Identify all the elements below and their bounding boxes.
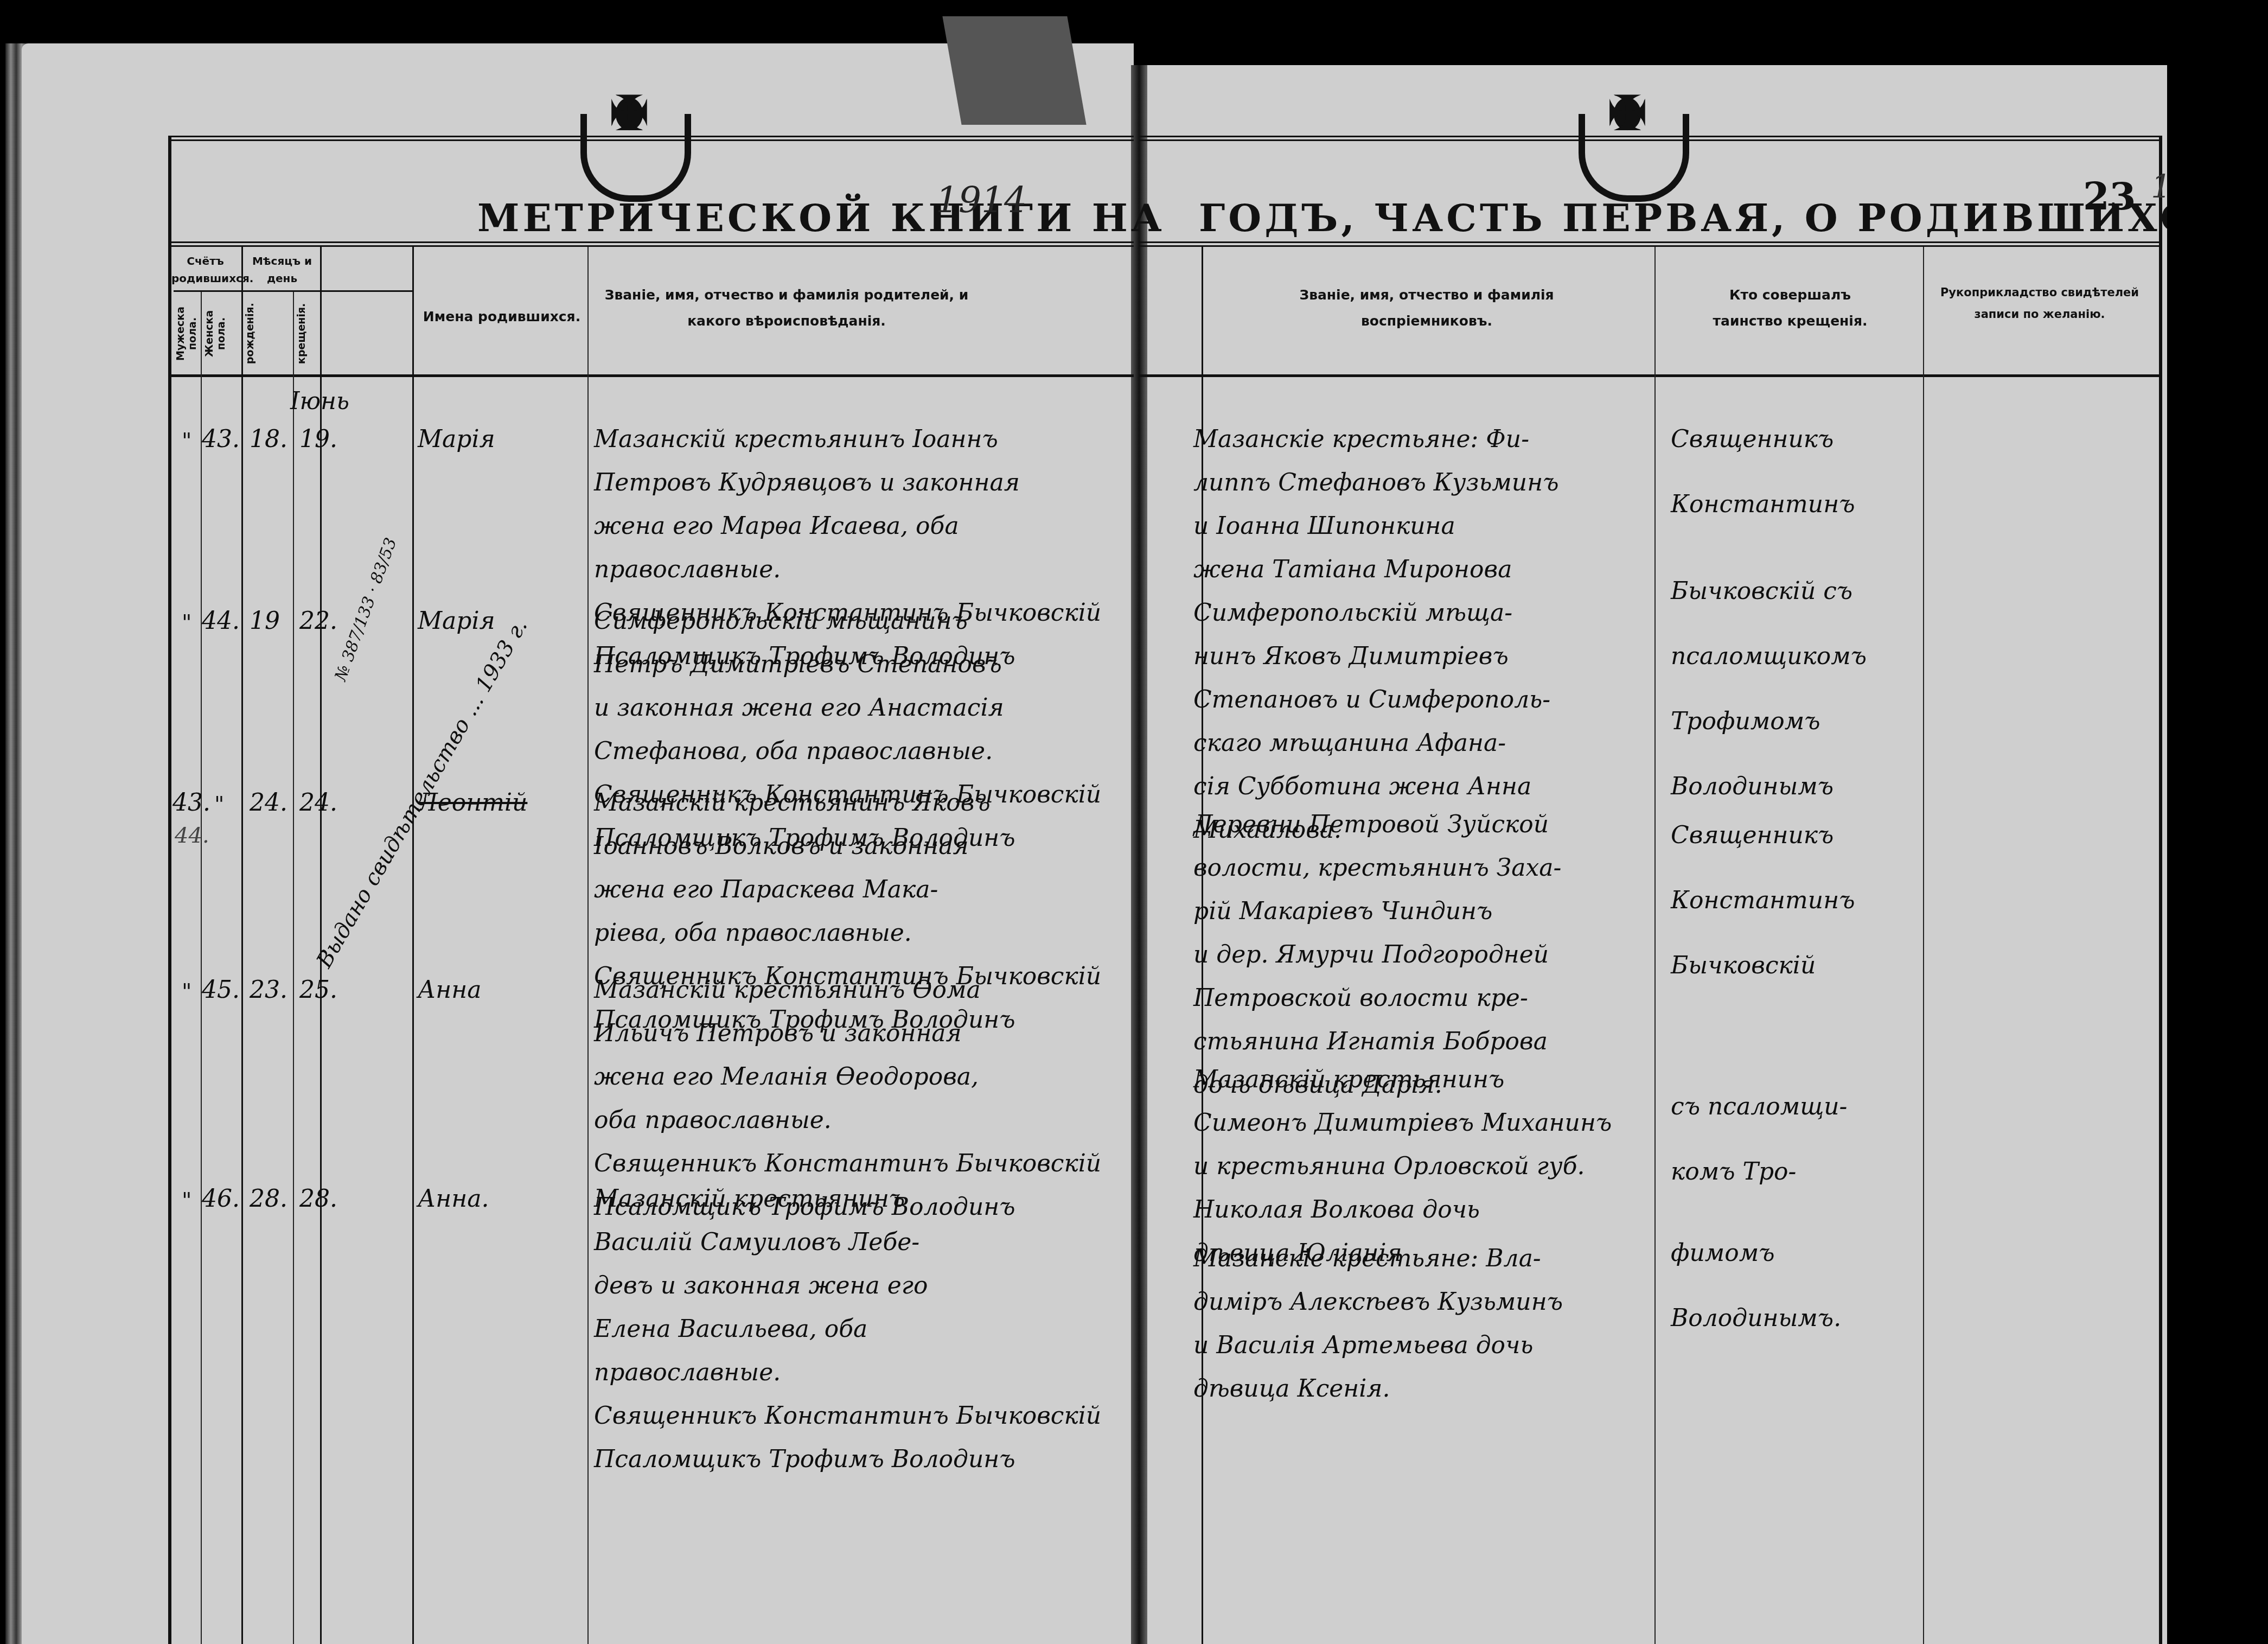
header-godparents: Званіе, имя, отчество и фамилія воспріем… [1215, 282, 1638, 334]
col-divider [412, 247, 414, 1644]
baptism-day: 22. [299, 600, 337, 643]
count-male: " [182, 610, 191, 635]
officiant-line: псаломщикомъ [1671, 635, 1867, 678]
officiant-line: Священникъ [1671, 418, 1855, 461]
parents-line: православные. [594, 1351, 1101, 1394]
bookmark-tab [942, 16, 1086, 125]
count-female: 44. [202, 600, 240, 643]
imperial-eagle-crest-icon: ✠ [575, 81, 683, 201]
baptism-day: 24. [299, 781, 337, 825]
header-witnesses: Рукоприкладство свидѣтелей записи по жел… [1926, 282, 2154, 326]
header-date-baptism: крещенія. [296, 296, 318, 372]
godparents-line: волости, крестьянинъ Заха- [1193, 846, 1561, 890]
officiant-line: Константинъ [1671, 483, 1855, 526]
col-divider [241, 247, 243, 1644]
godparents-line: димiръ Алексѣевъ Кузьминъ [1193, 1280, 1563, 1324]
birth-day: 24. [250, 781, 288, 825]
count-male: " [182, 429, 191, 454]
officiant-line: съ псаломщи- [1671, 1085, 1847, 1129]
parents-line: ріева, оба православные. [594, 912, 1101, 955]
officiant-text: съ псаломщи- комъ Тро- [1671, 1085, 1847, 1194]
parents-line: Мазанскій крестьянинъ [594, 1177, 1101, 1221]
col-divider [587, 247, 589, 1644]
officiant-line: фимомъ [1671, 1232, 1841, 1275]
godparents-line: и крестьянина Орловской губ. [1193, 1145, 1612, 1188]
parents-line: Петровъ Кудрявцовъ и законная [594, 461, 1101, 505]
page-number: 23 [2083, 174, 2136, 219]
child-name: Анна. [418, 1177, 489, 1221]
child-name: Марія [418, 600, 495, 643]
godparents-line: жена Татіана Миронова [1193, 548, 1559, 591]
officiant-line: Бычковскій [1671, 944, 1855, 987]
godparents-text: Мазанскіе крестьяне: Вла- димiръ Алексѣе… [1193, 1237, 1563, 1411]
parents-line: Петръ Димитріевъ Степановъ [594, 643, 1101, 686]
officiant-text: фимомъ Володинымъ. [1671, 1232, 1841, 1340]
godparents-line: Симферопольскій мѣща- [1193, 591, 1550, 635]
parents-line: Псаломщикъ Трофимъ Володинъ [594, 1438, 1101, 1481]
parents-line: Священникъ Константинъ Бычковскій [594, 1394, 1101, 1438]
header-rule-right [1139, 241, 2159, 247]
parents-line: Мазанскій крестьянинъ Іоаннъ [594, 418, 1101, 461]
parents-line: жена его Параскева Мака- [594, 868, 1101, 912]
parents-line: Симферопольскій мѣщанинъ [594, 600, 1101, 643]
parents-line: Елена Васильева, оба [594, 1308, 1101, 1351]
parents-line: и законная жена его Анастасія [594, 686, 1101, 730]
parents-line: жена его Меланія Ѳеодорова, [594, 1055, 1101, 1099]
count-male: " [182, 979, 191, 1004]
count-female: 46. [202, 1177, 240, 1221]
godparents-line: рій Макаріевъ Чиндинъ [1193, 890, 1561, 933]
col-divider [1654, 247, 1656, 1644]
left-page-title: МЕТРИЧЕСКОЙ КНИГИ НА [477, 195, 1165, 240]
parents-line: Іоанновъ Волковъ и законная [594, 825, 1101, 868]
col-divider [201, 290, 202, 1644]
count-female: " [214, 792, 224, 817]
header-rule-left [168, 241, 1134, 247]
godparents-line: Мазанскіе крестьяне: Фи- [1193, 418, 1559, 461]
header-count-male: Мужеска пола. [175, 296, 199, 372]
year-handwritten: 1914 [936, 179, 1027, 221]
parents-line: Стефанова, оба православные. [594, 730, 1101, 773]
parents-line: оба православные. [594, 1099, 1101, 1142]
officiant-text: Священникъ Константинъ Бычковскій [1671, 814, 1855, 987]
column-header-rule-left [168, 374, 1134, 377]
parents-line: Мазанскій крестьянинъ Яковъ [594, 781, 1101, 825]
header-names: Имена родившихся. [415, 304, 589, 330]
header-count-group: Счётъ родившихся. [171, 252, 239, 287]
officiant-line: Константинъ [1671, 879, 1855, 922]
godparents-line: дѣвица Ксенія. [1193, 1367, 1563, 1411]
birth-day: 19 [250, 600, 280, 643]
month-label: Іюнь [290, 380, 349, 423]
parents-line: Ильичъ Петровъ и законная [594, 1012, 1101, 1055]
godparents-line: скаго мѣщанина Афана- [1193, 722, 1550, 765]
col-divider [293, 290, 294, 1644]
col-divider [1923, 247, 1924, 1644]
count-female: 45. [202, 968, 240, 1012]
birth-day: 18. [250, 418, 288, 461]
birth-day: 28. [250, 1177, 288, 1221]
godparents-line: Симеонъ Димитріевъ Миханинъ [1193, 1101, 1612, 1145]
baptism-day: 28. [299, 1177, 337, 1221]
godparents-line: Николая Волкова дочь [1193, 1188, 1612, 1232]
child-name: Анна [418, 968, 482, 1012]
imperial-eagle-crest-icon: ✠ [1573, 81, 1682, 201]
header-month-group: Мѣсяцъ и день [244, 252, 320, 287]
godparents-line: Петровской волости кре- [1193, 977, 1561, 1020]
godparents-line: сія Субботина жена Анна [1193, 765, 1550, 808]
officiant-text: Бычковскій съ псаломщикомъ Трофимомъ Вол… [1671, 570, 1867, 808]
officiant-line: Трофимомъ [1671, 700, 1867, 743]
godparents-line: стьянина Игнатія Боброва [1193, 1020, 1561, 1063]
header-date-birth: рожденія. [244, 296, 290, 372]
officiant-line: Бычковскій съ [1671, 570, 1867, 613]
godparents-line: липпъ Стефановъ Кузьминъ [1193, 461, 1559, 505]
officiant-text: Священникъ Константинъ [1671, 418, 1855, 526]
baptism-day: 25. [299, 968, 337, 1012]
godparents-line: и Василія Артемьева дочь [1193, 1324, 1563, 1367]
parents-line: Мазанскій крестьянинъ Ѳома [594, 968, 1101, 1012]
officiant-line: Священникъ [1671, 814, 1855, 857]
officiant-line: комъ Тро- [1671, 1150, 1847, 1194]
scan-border [2167, 0, 2268, 1644]
child-name: Марія [418, 418, 495, 461]
count-male-pencil: 44. [175, 814, 209, 857]
count-female: 43. [202, 418, 240, 461]
header-officiant: Кто совершалъ таинство крещенія. [1660, 282, 1920, 334]
subheader-rule [174, 290, 412, 292]
officiant-line: Володинымъ [1671, 765, 1867, 808]
baptism-day: 19. [299, 418, 337, 461]
header-count-female: Женска пола. [203, 296, 239, 372]
parents-line: православные. [594, 548, 1101, 591]
count-male: " [182, 1188, 191, 1213]
header-parents: Званіе, имя, отчество и фамилія родителе… [597, 282, 976, 334]
godparents-line: Мазанскіе крестьяне: Вла- [1193, 1237, 1563, 1280]
godparents-line: Степановъ и Симферополь- [1193, 678, 1550, 722]
godparents-line: нинъ Яковъ Димитріевъ [1193, 635, 1550, 678]
parents-text: Мазанскій крестьянинъ Василій Самуиловъ … [594, 1177, 1101, 1481]
godparents-line: Деревни Петровой Зуйской [1193, 803, 1561, 846]
godparents-line: и Іоанна Шипонкина [1193, 505, 1559, 548]
parents-line: девъ и законная жена его [594, 1264, 1101, 1308]
godparents-line: Мазанскій крестьянинъ [1193, 1058, 1612, 1101]
birth-day: 23. [250, 968, 288, 1012]
officiant-line: Володинымъ. [1671, 1297, 1841, 1340]
parents-line: жена его Марѳа Исаева, оба [594, 505, 1101, 548]
godparents-text: Мазанскіе крестьяне: Фи- липпъ Стефановъ… [1193, 418, 1559, 591]
godparents-line: и дер. Ямурчи Подгородней [1193, 933, 1561, 977]
column-header-rule-right [1139, 374, 2159, 377]
parents-line: Василій Самуиловъ Лебе- [594, 1221, 1101, 1264]
